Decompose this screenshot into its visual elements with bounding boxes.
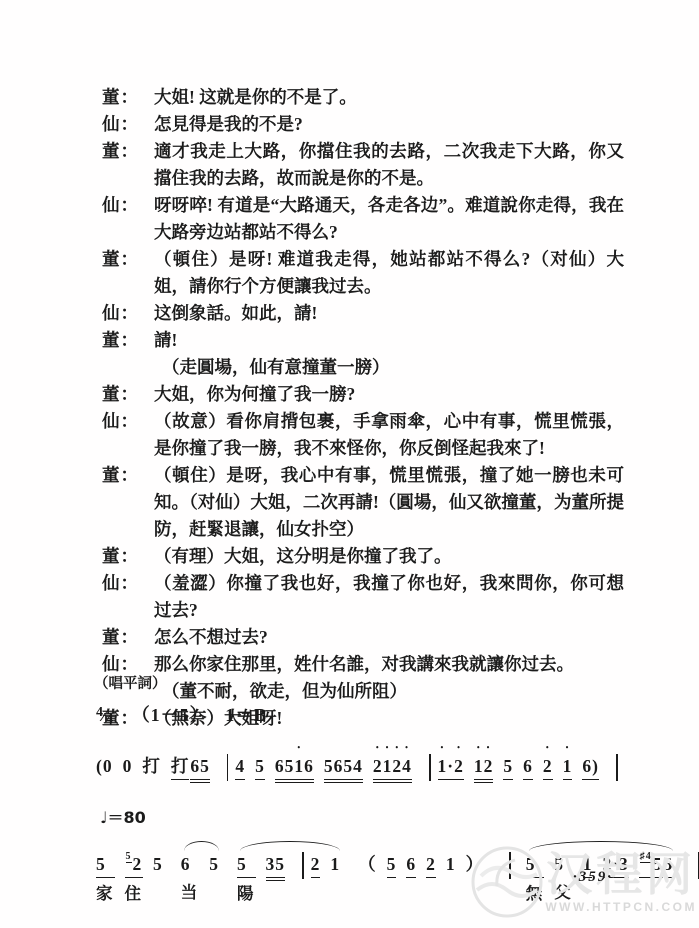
lyric-syllable — [153, 884, 163, 902]
lyric-syllable — [387, 885, 397, 903]
note-group: 4 — [235, 754, 245, 780]
note-digit: 3 — [266, 852, 276, 876]
speaker-label: 董： — [102, 462, 154, 489]
page-number: ·359· — [573, 869, 613, 886]
note: 12 — [474, 754, 494, 783]
note-digit-high-octave: 4 — [402, 754, 412, 778]
note: 5 — [387, 852, 397, 878]
dialogue-row: 董：（頓住）是呀! 难道我走得，她站都站不得么?（对仙）大姐，請你行个方便讓我过… — [102, 246, 624, 300]
note-group: 1 — [446, 852, 456, 902]
note-phrase: (00打打65456516565421241·21256216) — [96, 754, 625, 783]
note-digit: 5 — [503, 754, 513, 778]
dialogue-row: 董：適才我走上大路，你擋住我的去路，二次我走下大路，你又擋住我的去路，故而說是你… — [102, 138, 624, 192]
note: 1 — [563, 754, 573, 780]
note-group: 6当 — [181, 852, 200, 902]
lyric-syllable — [406, 885, 416, 903]
barline — [227, 754, 229, 781]
slur-phrase: 5陽3521 — [237, 852, 350, 906]
note-group: 6516 — [275, 754, 314, 783]
note: 5654 — [324, 754, 363, 783]
note-group: 65 — [190, 754, 210, 783]
note-digit: 2 — [133, 852, 143, 876]
note: 6516 — [275, 754, 314, 783]
note-digit: 6 — [334, 754, 344, 778]
note-group: 1 — [563, 754, 573, 780]
slur-phrase: 6当5 — [181, 852, 229, 902]
note-digit: 5 — [237, 852, 247, 876]
note-digit: 2 — [311, 852, 321, 876]
note-group: 6) — [582, 754, 599, 780]
note: 打 — [142, 754, 161, 779]
speaker-label: 仙： — [102, 408, 154, 435]
note-digit-high-octave: 1 — [438, 754, 448, 778]
note-digit: 4 — [235, 754, 245, 778]
note-digit-high-octave: 2 — [373, 754, 383, 778]
barline — [616, 754, 618, 781]
key-signature: 1＝B — [225, 705, 267, 725]
note-digit-high-octave: 1 — [563, 754, 573, 778]
lyric-syllable: 住 — [125, 885, 144, 903]
speaker-label: 仙： — [102, 192, 154, 219]
note-digit-high-octave: 2 — [392, 754, 402, 778]
note-digit: 5 — [285, 754, 295, 778]
note: 2 — [543, 754, 553, 780]
grace-note: 5 — [126, 852, 132, 863]
watermark-site-name: 汉程网 — [546, 850, 696, 898]
note-digit: 2 — [426, 852, 436, 876]
note-group: 5 — [153, 852, 163, 902]
note-digit: 6 — [582, 754, 592, 778]
note-digit: ) — [592, 754, 599, 778]
note-digit: · — [447, 754, 454, 778]
note-digit: 5 — [324, 754, 334, 778]
dialogue-row: （走圓場，仙有意撞董一膀） — [102, 354, 624, 381]
lyric-syllable — [266, 888, 286, 906]
note-group: 1·2 — [438, 754, 464, 780]
dialogue-text: 怎么不想过去? — [154, 624, 624, 651]
barline — [429, 754, 431, 781]
lyric-syllable: 陽 — [237, 885, 256, 903]
note-digit: 5 — [255, 754, 265, 778]
note-group: 5 — [503, 754, 513, 780]
note-digit-high-octave: 1 — [383, 754, 393, 778]
note-phrase: 5家52住5 — [96, 852, 173, 903]
lyric-syllable — [311, 885, 321, 903]
dialogue-text: 这倒象話。如此，請! — [154, 300, 624, 327]
note-group: 0 — [123, 754, 133, 779]
note: 52 — [125, 852, 144, 878]
note-digit: 5 — [153, 852, 163, 876]
watermark-text: 汉程网 WWW.HTTPCN.COM — [545, 850, 697, 914]
note-group: 2 — [311, 852, 321, 903]
dialogue-text: （頓住）是呀! 难道我走得，她站都站不得么?（对仙）大姐，請你行个方便讓我过去。 — [154, 246, 624, 300]
time-signature: 4⁄4 — [96, 705, 113, 728]
note: 4 — [235, 754, 245, 780]
note: 2 — [426, 852, 436, 878]
note: 65 — [190, 754, 210, 783]
note: 1 — [330, 852, 340, 877]
note: 5 — [209, 852, 219, 877]
speaker-label: 董： — [102, 84, 154, 111]
speaker-label: 仙： — [102, 570, 154, 597]
time-signature-numerator: 4 — [96, 705, 103, 720]
book-page: 董：大姐! 这就是你的不是了。仙：怎見得是我的不是?董：適才我走上大路，你擋住我… — [0, 0, 699, 928]
note-digit: 打 — [142, 754, 161, 778]
watermark-logo-icon — [463, 840, 551, 924]
note: 0 — [123, 754, 133, 779]
dialogue-text: 怎見得是我的不是? — [154, 111, 624, 138]
note: 1 — [446, 852, 456, 877]
note-digit: 5 — [343, 754, 353, 778]
tempo-marking: ♩＝80 — [100, 805, 666, 828]
dialogue-text: （有理）大姐，这分明是你撞了我了。 — [154, 543, 624, 570]
dialogue-text: 大姐，你为何撞了我一膀? — [154, 381, 624, 408]
speaker-label: 董： — [102, 246, 154, 273]
dialogue-row: 董：怎么不想过去? — [102, 624, 624, 651]
note-group: 52住 — [125, 852, 144, 903]
note-digit: 6 — [304, 754, 314, 778]
time-signature-denominator: 4 — [106, 712, 113, 727]
dialogue-text: 大姐! 这就是你的不是了。 — [154, 84, 624, 111]
note-digit: ( — [96, 754, 103, 778]
note-digit: 1 — [446, 852, 456, 876]
dialogue-row: 仙：怎見得是我的不是? — [102, 111, 624, 138]
note-digit-high-octave: 1 — [294, 754, 304, 778]
dialogue-row: 董：（有理）大姐，这分明是你撞了我了。 — [102, 543, 624, 570]
lyric-syllable: 家 — [96, 885, 115, 903]
note-digit-high-octave: 2 — [484, 754, 494, 778]
note-digit-high-octave: 1 — [474, 754, 484, 778]
dialogue-row: 董：大姐! 这就是你的不是了。 — [102, 84, 624, 111]
note-digit-high-octave: 2 — [454, 754, 464, 778]
note-digit: 6 — [181, 852, 191, 876]
dialogue-row: 董：（頓住）是呀，我心中有事，慌里慌張，撞了她一膀也未可知。（对仙）大姐，二次再… — [102, 462, 624, 543]
lyric-syllable — [330, 884, 340, 902]
note-group: 5654 — [324, 754, 363, 783]
dialogue-row: 董：請! — [102, 327, 624, 354]
note: 5 — [503, 754, 513, 780]
dialogue-text: （故意）看你肩揹包裹，手拿雨傘，心中有事，慌里慌張，是你撞了我一膀，我不來怪你，… — [154, 408, 624, 462]
watermark-url: WWW.HTTPCN.COM — [545, 900, 697, 914]
note-digit: 6 — [523, 754, 533, 778]
note-group: 12 — [474, 754, 494, 783]
meter-line: 4⁄4 （1－5） 1＝B — [96, 701, 666, 728]
note-digit: （ — [358, 852, 377, 876]
note-digit: 0 — [103, 754, 113, 778]
note-digit-high-octave: 2 — [543, 754, 553, 778]
lyric-syllable — [209, 884, 219, 902]
note: 5 — [237, 852, 256, 878]
speaker-label: 董： — [102, 381, 154, 408]
note-group: 5 — [209, 852, 219, 902]
barline — [302, 852, 304, 879]
note: 6) — [582, 754, 599, 780]
note-digit: 6 — [190, 754, 200, 778]
note: 6 — [406, 852, 416, 878]
note-digit: 6 — [275, 754, 285, 778]
dialogue-row: 仙：（故意）看你肩揹包裹，手拿雨傘，心中有事，慌里慌張，是你撞了我一膀，我不來怪… — [102, 408, 624, 462]
note-digit: 4 — [353, 754, 363, 778]
speaker-label: 董： — [102, 624, 154, 651]
dialogue-text: 請! — [154, 327, 624, 354]
note-digit: 6 — [406, 852, 416, 876]
note-group: 5家 — [96, 852, 115, 903]
note-digit: 5 — [200, 754, 210, 778]
note-digit: 5 — [387, 852, 397, 876]
speaker-label: 董： — [102, 138, 154, 165]
note-group: 5 — [387, 852, 397, 903]
aria-type-label: （唱平詞） — [94, 672, 666, 693]
note-group: （ — [358, 852, 377, 902]
speaker-label: 董： — [102, 543, 154, 570]
note: 35 — [266, 852, 286, 881]
note-group: 2 — [426, 852, 436, 903]
dialogue-row: 董：大姐，你为何撞了我一膀? — [102, 381, 624, 408]
note-group: 6 — [406, 852, 416, 903]
lyric-syllable — [446, 884, 456, 902]
note-group: 5 — [255, 754, 265, 780]
note: 5 — [153, 852, 163, 877]
note-group: 2124 — [373, 754, 412, 783]
note-digit: 打 — [171, 754, 190, 778]
dialogue-row: 仙：（羞澀）你撞了我也好，我撞了你也好，我來問你，你可想过去? — [102, 570, 624, 624]
note-group: 1 — [330, 852, 340, 902]
dialogue: 董：大姐! 这就是你的不是了。仙：怎見得是我的不是?董：適才我走上大路，你擋住我… — [102, 84, 624, 732]
vocal-range: （1－5） — [132, 705, 209, 725]
lyric-syllable — [358, 884, 377, 902]
speaker-label: 董： — [102, 327, 154, 354]
note: 打 — [171, 754, 190, 780]
note: （ — [358, 852, 377, 877]
dialogue-text: （頓住）是呀，我心中有事，慌里慌張，撞了她一膀也未可知。（对仙）大姐，二次再請!… — [154, 462, 624, 543]
note-digit: 5 — [275, 852, 285, 876]
note-group: 35 — [266, 852, 286, 906]
note-digit: 5 — [96, 852, 106, 876]
speaker-label: 仙： — [102, 300, 154, 327]
lyric-syllable — [426, 885, 436, 903]
note: 2124 — [373, 754, 412, 783]
note: (0 — [96, 754, 113, 779]
speaker-label: 仙： — [102, 111, 154, 138]
dialogue-text: 呀呀啐! 有道是“大路通天，各走各边”。难道說你走得，我在大路旁边站都站不得么? — [154, 192, 624, 246]
note: 6 — [181, 852, 200, 877]
note-group: 6 — [523, 754, 533, 780]
dialogue-text: （羞澀）你撞了我也好，我撞了你也好，我來問你，你可想过去? — [154, 570, 624, 624]
note-group: 2 — [543, 754, 553, 780]
note-digit: 5 — [209, 852, 219, 876]
note-group: (0 — [96, 754, 113, 779]
note-digit: 0 — [123, 754, 133, 778]
note-group: 打 — [142, 754, 161, 779]
note-group: 打 — [171, 754, 190, 780]
note-digit: 1 — [330, 852, 340, 876]
lyric-syllable: 当 — [181, 884, 200, 902]
dialogue-text: 適才我走上大路，你擋住我的去路，二次我走下大路，你又擋住我的去路，故而說是你的不… — [154, 138, 624, 192]
note: 1·2 — [438, 754, 464, 780]
note: 5 — [255, 754, 265, 780]
note: 5 — [96, 852, 115, 878]
dialogue-row: 仙：呀呀啐! 有道是“大路通天，各走各边”。难道說你走得，我在大路旁边站都站不得… — [102, 192, 624, 246]
score-line-intro: (00打打65456516565421241·21256216) — [96, 754, 666, 783]
note: 2 — [311, 852, 321, 878]
note: 6 — [523, 754, 533, 780]
stage-direction: （走圓場，仙有意撞董一膀） — [154, 354, 624, 381]
dialogue-row: 仙：这倒象話。如此，請! — [102, 300, 624, 327]
note-group: 5陽 — [237, 852, 256, 903]
